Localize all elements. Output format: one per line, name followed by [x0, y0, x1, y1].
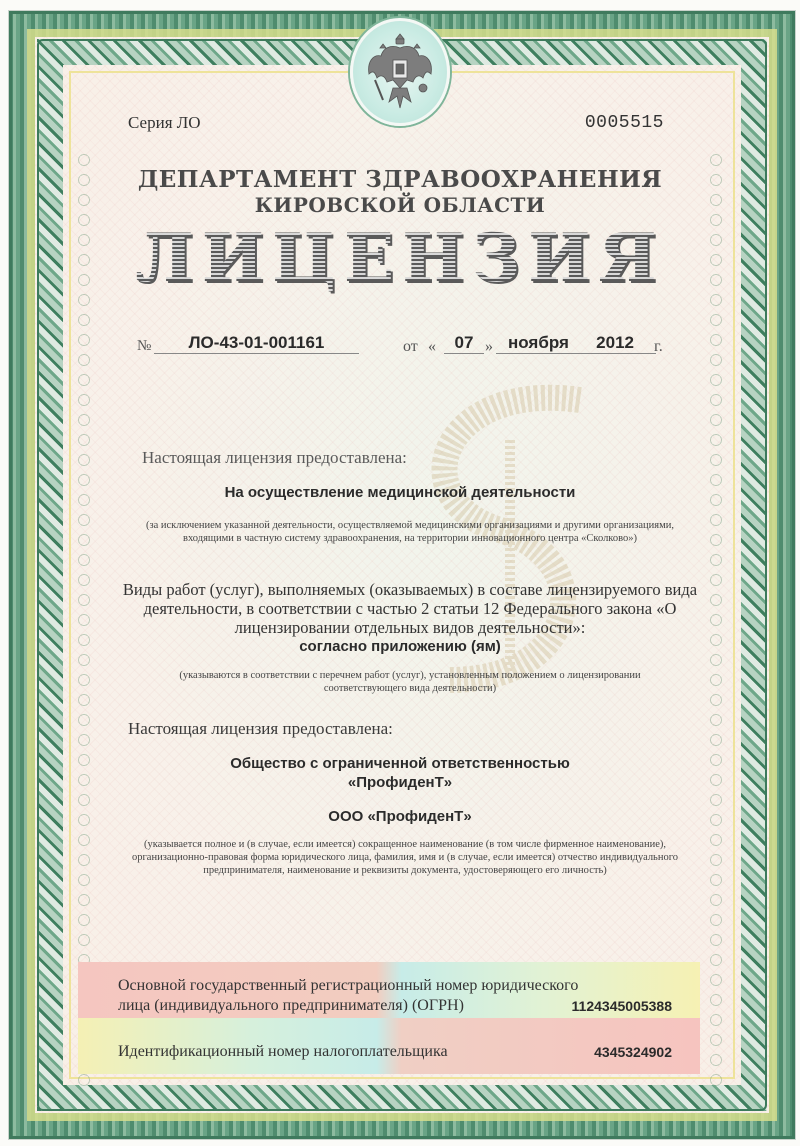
license-number-line: № ЛО-43-01-001161 от « 07 » ноября 2012 … [0, 334, 800, 358]
series-label: Серия ЛО [128, 113, 201, 133]
activity-note: (за исключением указанной деятельности, … [140, 519, 680, 545]
granted-to-label: Настоящая лицензия предоставлена: [128, 719, 393, 739]
issue-day: 07 [444, 334, 484, 354]
inn-label: Идентификационный номер налогоплательщик… [118, 1042, 448, 1062]
issuer-line-2: КИРОВСКОЙ ОБЛАСТИ [0, 193, 800, 217]
quote-close: » [485, 338, 493, 356]
year-suffix: г. [654, 338, 663, 356]
works-value: согласно приложению (ям) [0, 638, 800, 655]
number-sign: № [137, 338, 151, 355]
granted-for-label: Настоящая лицензия предоставлена: [142, 448, 407, 468]
issue-year: 2012 [596, 334, 634, 352]
licensee-short-name: ООО «ПрофиденТ» [0, 808, 800, 825]
registration-block: Основной государственный регистрационный… [78, 962, 700, 1074]
date-from-label: от [403, 338, 418, 356]
licensee-full-name-line-1: Общество с ограниченной ответственностью [0, 755, 800, 772]
licensee-full-name-line-2: «ПрофиденТ» [0, 774, 800, 791]
ogrn-label-line-2: лица (индивидуального предпринимателя) (… [118, 996, 578, 1016]
issue-month: ноября [508, 333, 569, 352]
issuer-line-1: ДЕПАРТАМЕНТ ЗДРАВООХРАНЕНИЯ [0, 166, 800, 193]
document-title: ЛИЦЕНЗИЯ [0, 219, 800, 297]
ogrn-label: Основной государственный регистрационный… [118, 976, 578, 1016]
issue-month-year: ноября 2012 [496, 334, 656, 354]
ogrn-label-line-1: Основной государственный регистрационный… [118, 976, 578, 996]
inn-value: 4345324902 [594, 1044, 672, 1060]
quote-open: « [428, 338, 436, 356]
ogrn-value: 1124345005388 [572, 998, 672, 1014]
licensed-activity: На осуществление медицинской деятельност… [0, 484, 800, 501]
license-number: ЛО-43-01-001161 [154, 334, 359, 354]
works-description: Виды работ (услуг), выполняемых (оказыва… [110, 580, 710, 637]
license-content: Серия ЛО 0005515 ДЕПАРТАМЕНТ ЗДРАВООХРАН… [0, 0, 800, 1146]
works-note: (указываются в соответствии с перечнем р… [140, 669, 680, 695]
serial-number: 0005515 [585, 113, 664, 133]
licensee-note: (указывается полное и (в случае, если им… [115, 838, 695, 877]
